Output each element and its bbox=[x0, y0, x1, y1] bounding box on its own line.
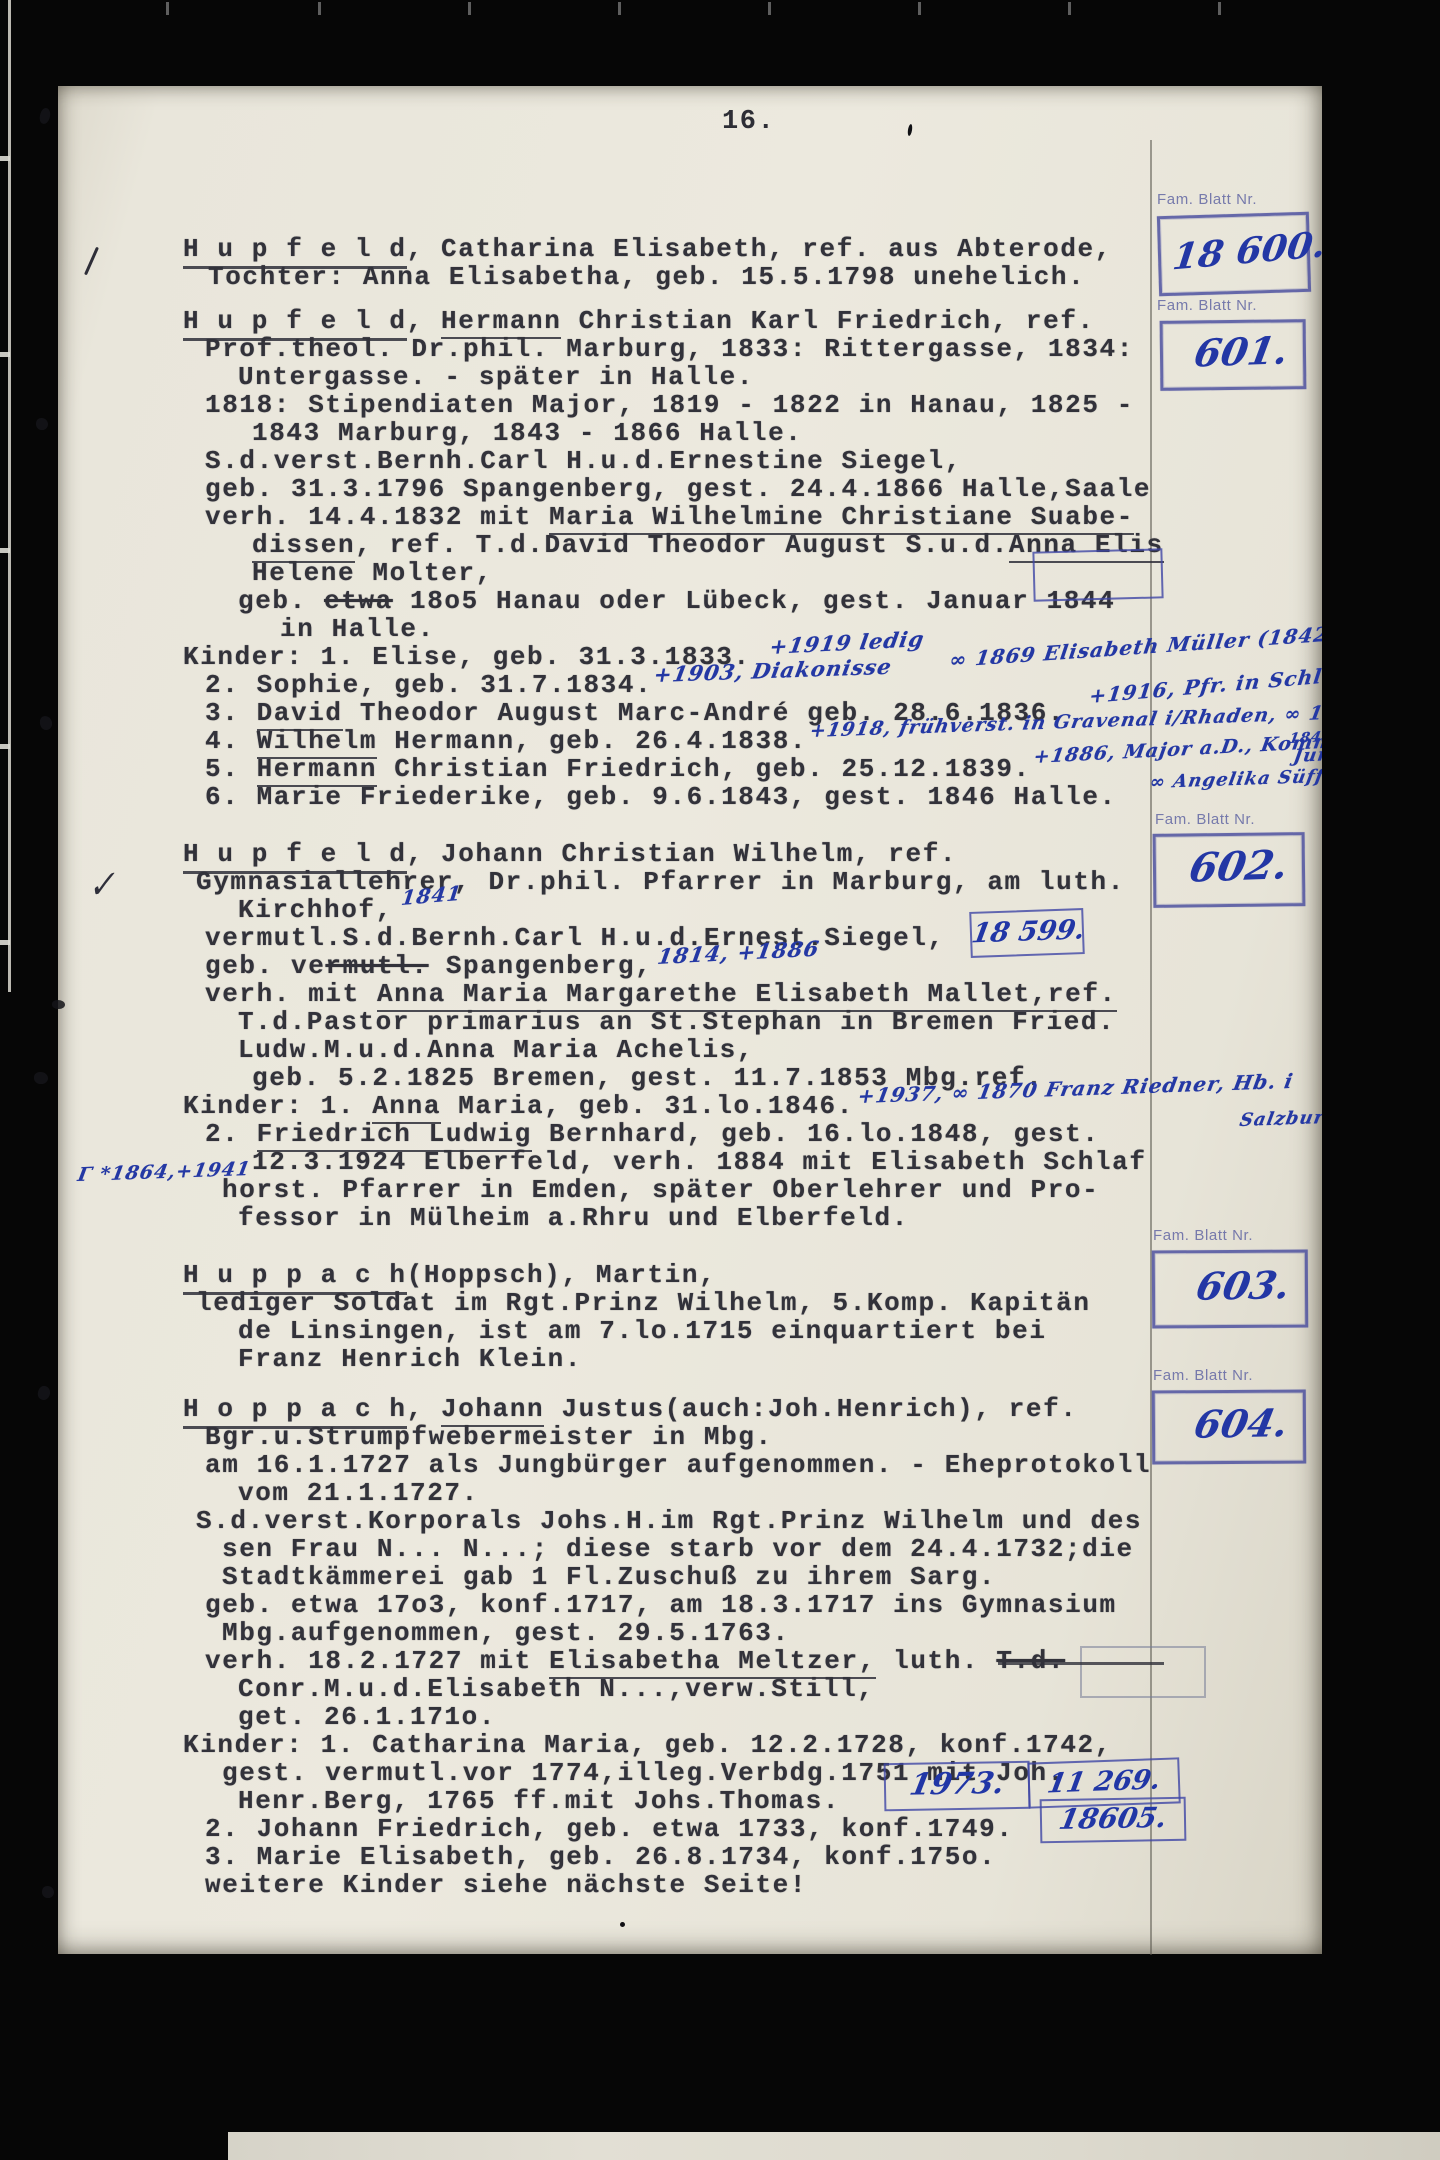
handwritten-annotation: +1886, Major a.D., Kommandant bbox=[1032, 728, 1417, 768]
handwritten-annotation: 1841 bbox=[400, 883, 463, 909]
handwritten-annotation: 1814, +1886 bbox=[656, 938, 821, 968]
reference-number: 18605. bbox=[1039, 1804, 1186, 1835]
handwritten-annotation: Γ *1864,+1941 bbox=[76, 1160, 252, 1186]
handwritten-annotation: ∞ Angelika Süffert bbox=[1148, 767, 1358, 793]
margin-pen-mark bbox=[52, 1000, 65, 1009]
strike-extension-line bbox=[998, 1662, 1164, 1665]
stamp-number: 604. bbox=[1192, 1404, 1292, 1444]
stamp-label: Fam. Blatt Nr. bbox=[1155, 812, 1255, 828]
stamp-number: 603. bbox=[1194, 1266, 1294, 1306]
handwritten-annotation: +1916, Pfr. in Schleusingen bbox=[1088, 656, 1435, 707]
stamp-label: Fam. Blatt Nr. bbox=[1153, 1228, 1253, 1244]
handwritten-annotation: +1937, ∞ 1870 Franz Riedner, Hb. i bbox=[856, 1071, 1295, 1107]
stamp-label: Fam. Blatt Nr. bbox=[1157, 298, 1257, 314]
handwritten-annotation: +1919 ledig bbox=[768, 628, 926, 658]
stamp-number: 601. bbox=[1192, 331, 1292, 372]
reference-number: 1973. bbox=[883, 1769, 1031, 1802]
scanned-document: 16. H u p f e l d, Catharina Elisabeth, … bbox=[0, 0, 1440, 2160]
handwritten-annotation: Salzburg bbox=[1238, 1109, 1339, 1131]
empty-reference-box bbox=[1032, 548, 1163, 601]
inked-reference-box: 1973. bbox=[884, 1761, 1031, 1812]
handwritten-annotation: +1903, Diakonisse bbox=[652, 656, 894, 686]
inked-reference-box: 18 599. bbox=[969, 908, 1085, 958]
stamp-label: Fam. Blatt Nr. bbox=[1153, 1368, 1253, 1384]
handwritten-annotation: ∞ 1869 Elisabeth Müller (1842-190 bbox=[948, 620, 1385, 671]
stamp-label: Fam. Blatt Nr. bbox=[1157, 192, 1257, 208]
reference-number: 11 269. bbox=[1028, 1766, 1181, 1798]
margin-pen-slash bbox=[84, 247, 99, 276]
margin-check-mark: ✓ bbox=[87, 865, 121, 906]
reference-number: 18 599. bbox=[970, 916, 1085, 947]
empty-reference-box bbox=[1080, 1646, 1206, 1698]
inked-reference-box: 18605. bbox=[1040, 1797, 1187, 1844]
annotation-layer: Fam. Blatt Nr.18 600.Fam. Blatt Nr.601.F… bbox=[0, 0, 1440, 2160]
handwritten-annotation: +1918, frühverst. in Gravenal i/Rhaden, … bbox=[808, 700, 1440, 742]
stamp-number: 602. bbox=[1186, 845, 1291, 888]
handwritten-annotation: 1849-19.. bbox=[1288, 728, 1374, 747]
